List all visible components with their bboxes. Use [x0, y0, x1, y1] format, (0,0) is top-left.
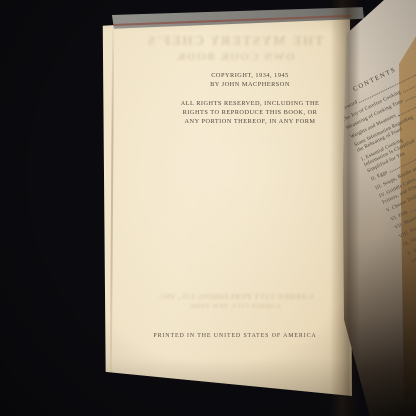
text-line: BY JOHN MACPHERSON	[150, 81, 350, 90]
rights-reserved-notice: ALL RIGHTS RESERVED, INCLUDING THERIGHTS…	[148, 99, 352, 127]
text-line: RIGHTS TO REPRODUCE THIS BOOK, OR	[148, 108, 352, 117]
printed-in-usa-line: PRINTED IN THE UNITED STATES OF AMERICA	[118, 333, 352, 339]
text-line: ALL RIGHTS RESERVED, INCLUDING THE	[148, 99, 352, 108]
contents-list: ForewordThe Joy of Carefree CookingMeasu…	[337, 67, 416, 266]
text-line: COPYRIGHT, 1934, 1945	[150, 72, 350, 81]
book-photo: THE MYSTERY CHEF'SOWN COOK BOOK GARDEN C…	[0, 0, 416, 416]
text-line: ANY PORTION THEREOF, IN ANY FORM	[148, 117, 352, 126]
copyright-notice: COPYRIGHT, 1934, 1945BY JOHN MACPHERSON	[150, 72, 350, 89]
